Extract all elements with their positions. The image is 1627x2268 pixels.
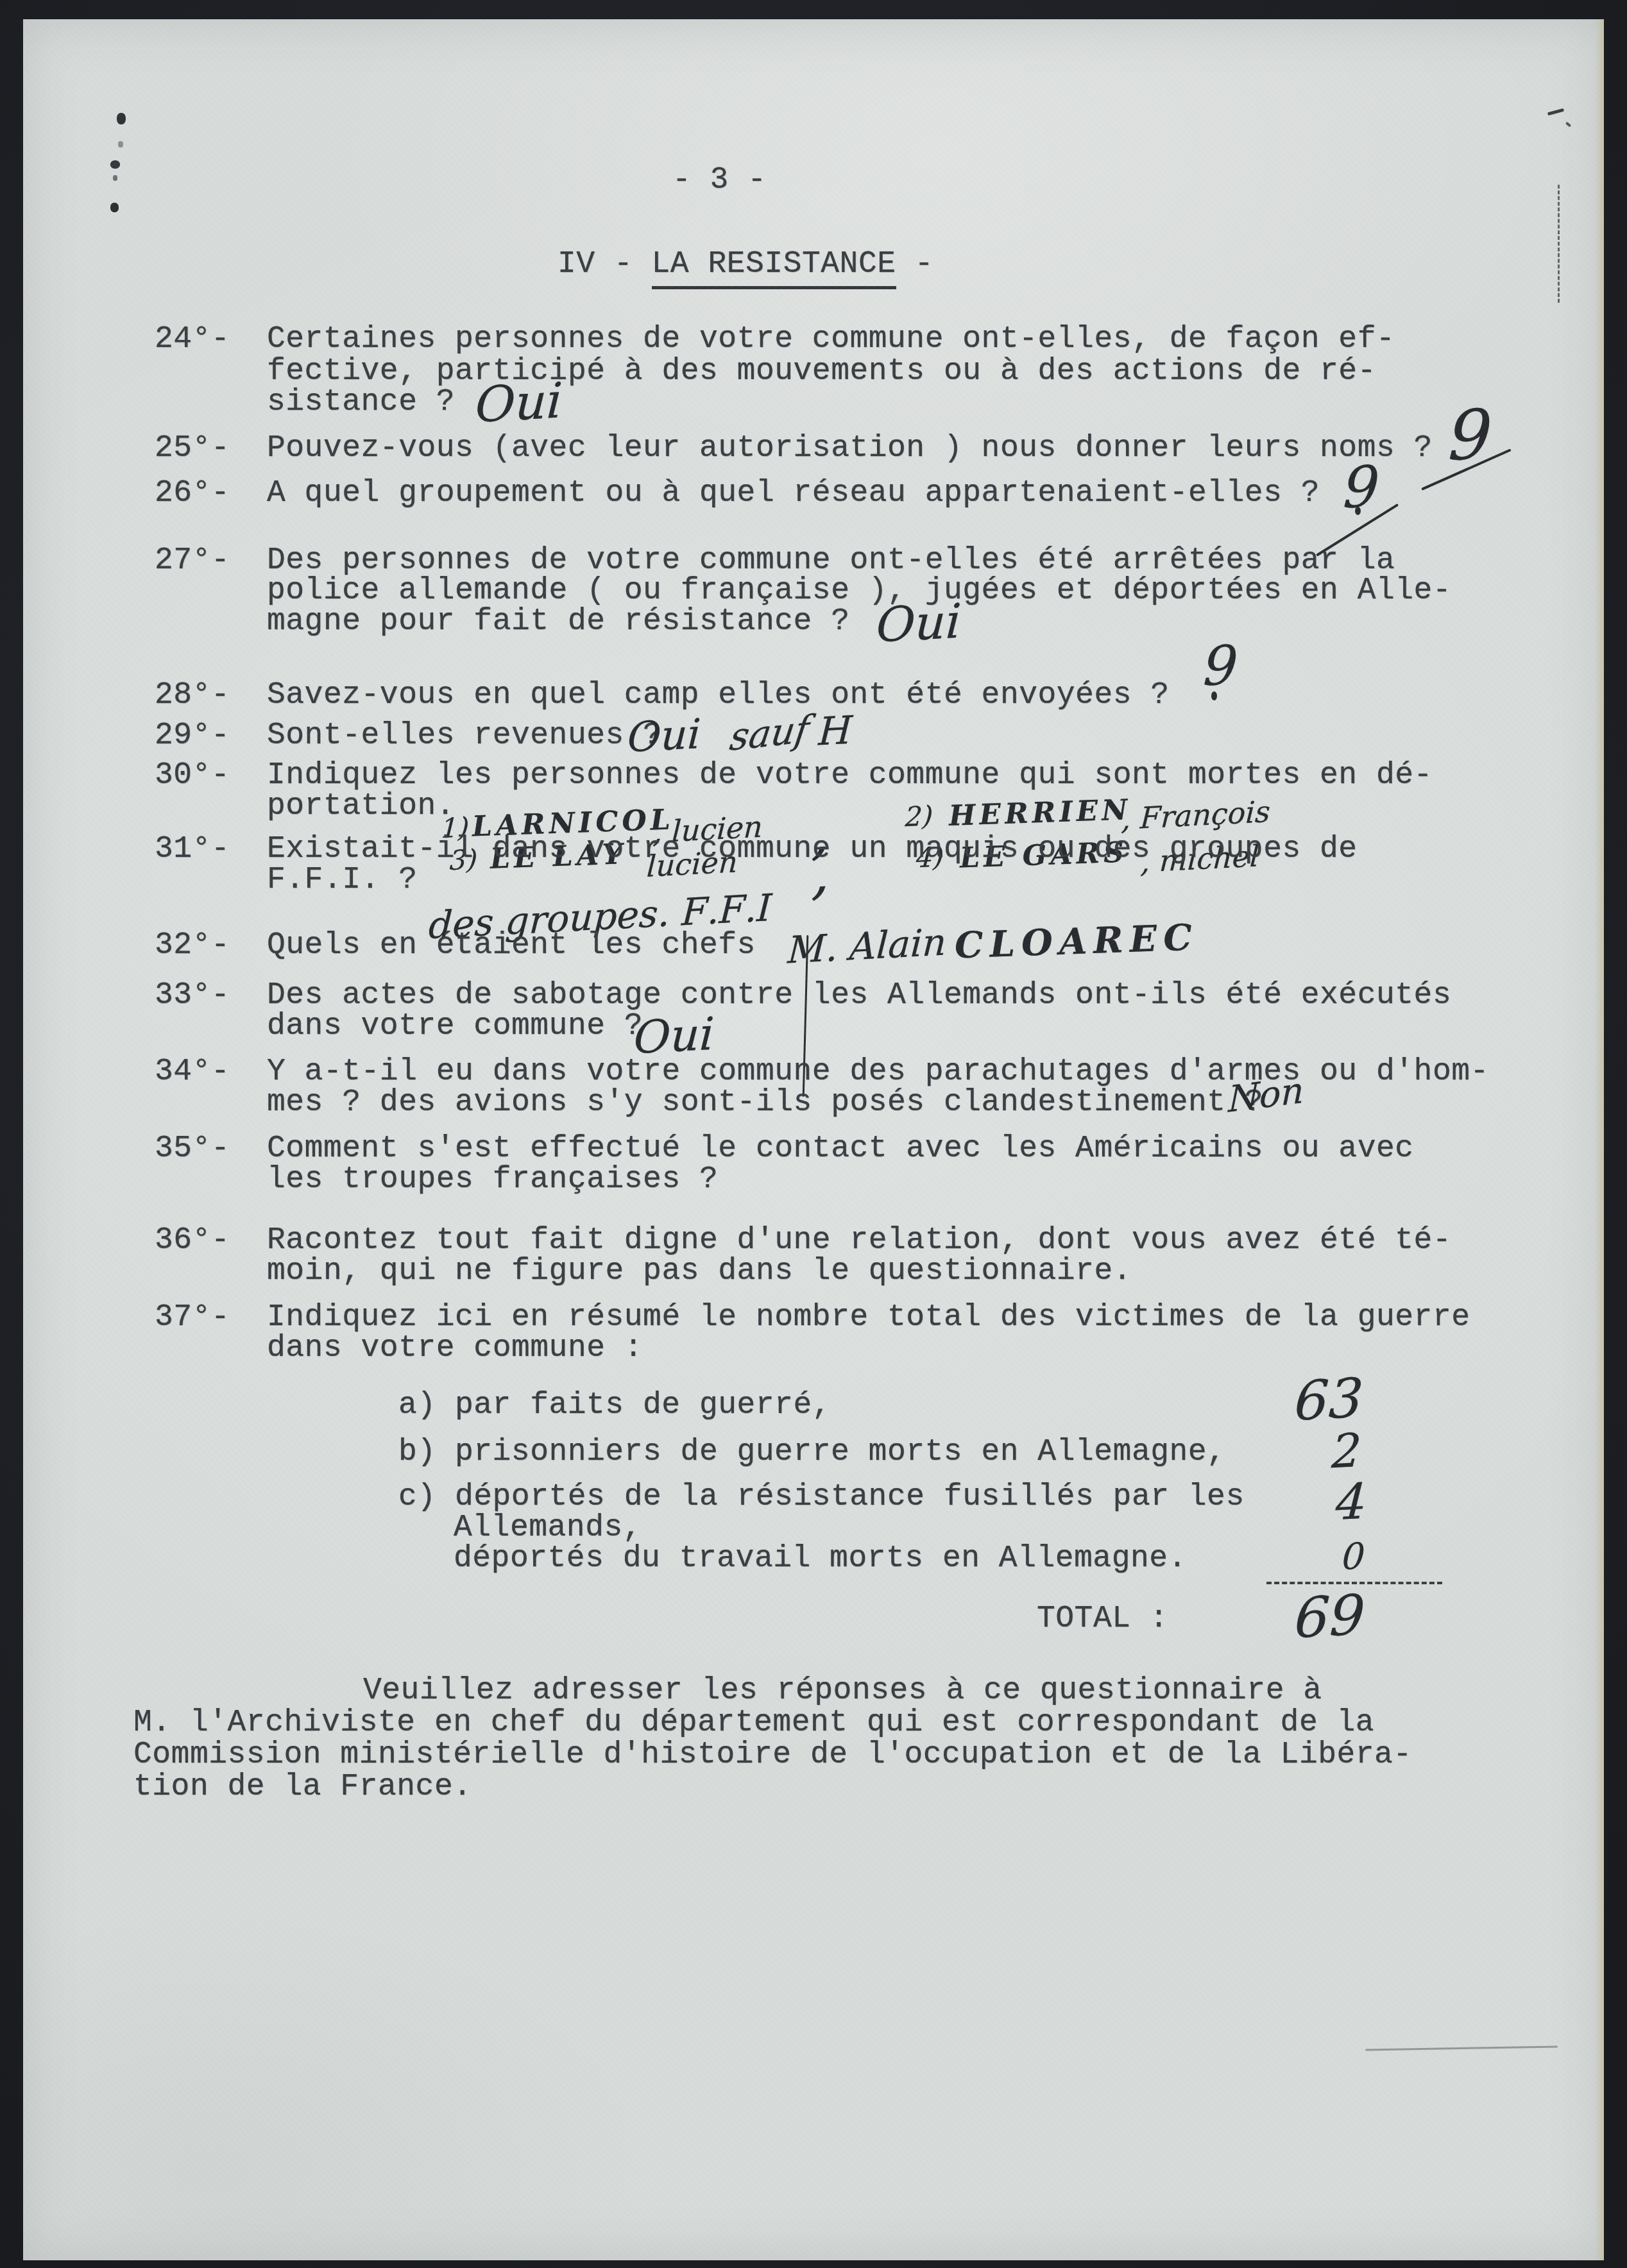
q27-line-3: magne pour fait de résistance ? [267,606,849,637]
q31-line-2: F.F.I. ? [267,865,417,895]
victims-item-c-line1: c) déportés de la résistance fusillés pa… [398,1482,1245,1512]
q26-line-1: A quel groupement ou à quel réseau appar… [267,478,1320,509]
pencil-line [1365,2045,1558,2051]
q34-line-2: mes ? des avions s'y sont-ils posés clan… [267,1087,1263,1118]
q32-number: 32°- [155,930,230,961]
q34-number: 34°- [155,1056,230,1087]
q30-line-2: portation. [267,791,455,822]
hw-count-b: 2 [1331,1427,1363,1475]
ink-speck [117,113,126,124]
q37-number: 37°- [155,1302,230,1333]
q33-number: 33°- [155,980,230,1011]
q24-line-1: Certaines personnes de votre commune ont… [267,324,1395,355]
q26-number: 26°- [155,478,230,509]
q31-line-1: Existait-il dans votre commune un maquis… [267,834,1358,865]
q30-number: 30°- [155,760,230,791]
q36-number: 36°- [155,1225,230,1256]
hw-q24-answer: Oui [474,376,563,429]
hw-count-d: 0 [1342,1539,1367,1576]
closing-line-1: Veuillez adresser les réponses à ce ques… [363,1675,1322,1706]
hw-q28-mark-dot [1211,691,1217,700]
q32-line-1: Quels en étaient les chefs [267,930,756,961]
q35-line-2: les troupes françaises ? [267,1164,718,1195]
q29-number: 29°- [155,720,230,751]
q28-line-1: Savez-vous en quel camp elles ont été en… [267,680,1170,711]
section-heading-suffix: - [896,247,934,282]
hw-q29-sauf: sauf [728,710,812,756]
hw-q30-name2-index: 2) [905,802,933,831]
q34-line-1: Y a-t-il eu dans votre commune des parac… [267,1056,1489,1087]
q33-line-1: Des actes de sabotage contre les Alleman… [267,980,1451,1011]
q35-number: 35°- [155,1133,230,1164]
q24-line-2: fective, participé à des mouvements ou à… [267,356,1376,387]
paper-edge-shadow [1595,19,1604,2260]
section-heading-title: LA RESISTANCE [652,247,896,289]
dotted-margin-line [1558,185,1560,303]
victims-item-a: a) par faits de guerré, [398,1390,831,1421]
q28-number: 28°- [155,680,230,711]
ink-speck [1565,122,1571,128]
hw-q30-name2-given: , François [1121,797,1271,834]
q33-line-2: dans votre commune ? [267,1011,643,1042]
ink-speck [118,141,123,148]
hw-q26-mark: 9 [1342,458,1381,516]
q27-line-2: police allemande ( ou française ), jugée… [267,575,1451,606]
hw-count-a: 63 [1293,1371,1365,1428]
q36-line-2: moin, qui ne figure pas dans le question… [267,1256,1132,1287]
hw-q26-mark-dot [1355,507,1361,515]
q27-line-1: Des personnes de votre commune ont-elles… [267,545,1395,576]
scanned-document: - 3 - IV - LA RESISTANCE - 24°- Certaine… [0,0,1627,2268]
hw-q27-answer: Oui [875,597,962,649]
section-heading: IV - LA RESISTANCE - [558,249,933,280]
q27-number: 27°- [155,545,230,576]
paper: - 3 - IV - LA RESISTANCE - 24°- Certaine… [23,19,1604,2260]
ink-speck [110,203,119,212]
section-heading-prefix: IV - [558,247,652,282]
q25-line-1: Pouvez-vous (avec leur autorisation ) no… [267,433,1433,464]
q30-line-1: Indiquez les personnes de votre commune … [267,760,1433,791]
q29-line-1: Sont-elles revenues ? [267,720,661,751]
hw-q29-h: H [817,711,853,752]
victims-item-d: déportés du travail morts en Allemagne. [454,1543,1187,1574]
q31-number: 31°- [155,834,230,865]
hw-q30-name2-surname: HERRIEN [948,796,1132,831]
hw-q34-answer: Non [1228,1072,1304,1118]
hw-q32-name: CLOAREC [954,919,1199,963]
victims-item-c-line2: Allemands, [454,1512,642,1543]
hw-count-c: 4 [1334,1477,1368,1528]
q24-line-3: sistance ? [267,387,455,418]
q25-number: 25°- [155,433,230,464]
ink-speck [1547,108,1564,116]
q36-line-1: Racontez tout fait digne d'une relation,… [267,1225,1451,1256]
hw-q28-mark: 9 [1202,638,1239,693]
total-label: TOTAL : [1037,1604,1168,1634]
q24-number: 24°- [155,324,230,355]
q35-line-1: Comment s'est effectué le contact avec l… [267,1133,1414,1164]
hw-q29-oui: Oui [626,714,701,759]
victims-item-b: b) prisonniers de guerre morts en Allema… [398,1437,1225,1468]
ink-speck [110,160,120,169]
closing-line-3: Commission ministérielle d'histoire de l… [133,1739,1412,1770]
q37-line-2: dans votre commune : [267,1333,643,1364]
hw-q33-answer: Oui [633,1011,715,1061]
hw-q32-prefix: M. Alain [787,923,948,969]
closing-line-4: tion de la France. [133,1772,472,1802]
closing-line-2: M. l'Archiviste en chef du département q… [133,1707,1374,1738]
hw-count-total: 69 [1293,1587,1367,1646]
ink-speck [113,175,117,181]
page-number: - 3 - [672,165,767,196]
q37-line-1: Indiquez ici en résumé le nombre total d… [267,1302,1470,1333]
